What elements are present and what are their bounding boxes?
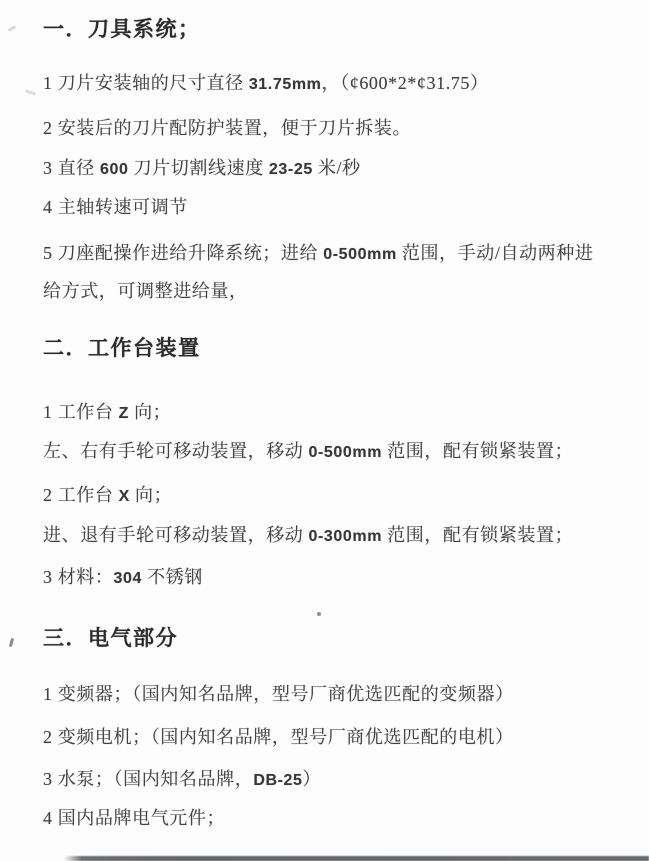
scan-speck — [8, 25, 16, 31]
paragraph-line: 2 工作台 X 向； — [43, 481, 172, 507]
text-segment: 向； — [130, 485, 172, 505]
text-segment: 进、退有手轮可移动装置，移动 — [43, 525, 309, 545]
paragraph-line: 4 主轴转速可调节 — [43, 193, 188, 219]
scan-edge-shadow — [64, 856, 649, 861]
text-segment: 范围，配有锁紧装置； — [382, 441, 573, 461]
text-segment: ，（¢600*2*¢31.75） — [322, 73, 489, 93]
measurement-value: 304 — [114, 570, 143, 587]
text-segment: 2 工作台 — [43, 485, 119, 505]
text-segment: 向； — [129, 402, 171, 422]
text-segment: 范围，手动/自动两种进 — [397, 243, 594, 263]
scanned-document-page: 一．刀具系统；1 刀片安装轴的尺寸直径 31.75mm，（¢600*2*¢31.… — [0, 0, 649, 861]
text-segment: 4 国内品牌电气元件； — [43, 808, 225, 828]
paragraph-line: 给方式，可调整进给量， — [43, 277, 248, 303]
measurement-value: Z — [119, 405, 129, 422]
paragraph-line: 5 刀座配操作进给升降系统；进给 0-500mm 范围，手动/自动两种进 — [43, 239, 593, 265]
text-segment: 1 工作台 — [43, 402, 119, 422]
text-segment: 1 变频器；（国内知名品牌，型号厂商优选匹配的变频器） — [43, 684, 514, 704]
paragraph-line: 2 变频电机；（国内知名品牌，型号厂商优选匹配的电机） — [43, 723, 514, 749]
paragraph-line: 1 刀片安装轴的尺寸直径 31.75mm，（¢600*2*¢31.75） — [43, 69, 489, 95]
scan-speck — [25, 89, 36, 95]
paragraph-line: 1 变频器；（国内知名品牌，型号厂商优选匹配的变频器） — [43, 680, 514, 706]
section-heading: 一．刀具系统； — [43, 13, 201, 43]
text-segment: 范围，配有锁紧装置； — [382, 525, 573, 545]
measurement-value: DB-25 — [253, 772, 302, 789]
text-segment: 3 材料： — [43, 567, 114, 587]
text-segment: 5 刀座配操作进给升降系统；进给 — [43, 243, 323, 263]
section-heading: 三．电气部分 — [43, 622, 178, 652]
text-segment: ） — [303, 769, 322, 789]
paragraph-line: 3 材料：304 不锈钢 — [43, 563, 203, 589]
measurement-value: 0-500mm — [323, 246, 397, 263]
paragraph-line: 1 工作台 Z 向； — [43, 398, 171, 424]
text-segment: 给方式，可调整进给量， — [43, 281, 248, 301]
text-segment: 2 变频电机；（国内知名品牌，型号厂商优选匹配的电机） — [43, 727, 514, 747]
text-segment: 3 直径 — [43, 158, 100, 178]
scan-speck — [9, 638, 14, 647]
text-segment: 3 水泵；（国内知名品牌， — [43, 769, 253, 789]
paragraph-line: 4 国内品牌电气元件； — [43, 804, 225, 830]
paragraph-line: 3 水泵；（国内知名品牌，DB-25） — [43, 765, 321, 791]
text-segment: 2 安装后的刀片配防护装置，便于刀片拆装。 — [43, 118, 411, 138]
measurement-value: X — [119, 488, 130, 505]
section-heading: 二．工作台装置 — [43, 332, 201, 362]
measurement-value: 0-500mm — [309, 444, 383, 461]
measurement-value: 600 — [100, 161, 129, 178]
text-segment: 左、右有手轮可移动装置，移动 — [43, 441, 309, 461]
scan-speck — [317, 612, 321, 616]
text-segment: 刀片切割线速度 — [129, 158, 269, 178]
measurement-value: 23-25 — [269, 161, 313, 178]
text-segment: 4 主轴转速可调节 — [43, 197, 188, 217]
paragraph-line: 进、退有手轮可移动装置，移动 0-300mm 范围，配有锁紧装置； — [43, 521, 573, 547]
text-segment: 1 刀片安装轴的尺寸直径 — [43, 73, 249, 93]
text-segment: 米/秒 — [313, 158, 361, 178]
paragraph-line: 3 直径 600 刀片切割线速度 23-25 米/秒 — [43, 154, 361, 180]
paragraph-line: 左、右有手轮可移动装置，移动 0-500mm 范围，配有锁紧装置； — [43, 437, 573, 463]
paragraph-line: 2 安装后的刀片配防护装置，便于刀片拆装。 — [43, 114, 411, 140]
measurement-value: 31.75mm — [249, 76, 322, 93]
measurement-value: 0-300mm — [309, 528, 383, 545]
text-segment: 不锈钢 — [142, 567, 203, 587]
